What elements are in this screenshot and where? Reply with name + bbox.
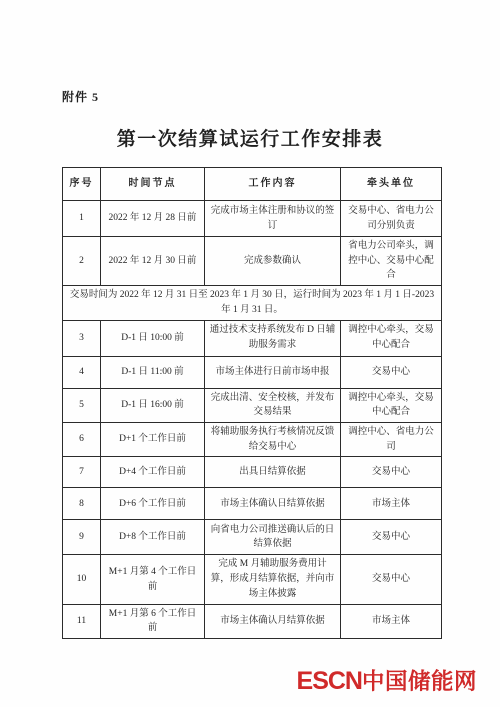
cell-lead: 省电力公司牵头，调控中心、交易中心配合	[341, 237, 442, 286]
cell-work: 完成市场主体注册和协议的签订	[205, 201, 341, 237]
table-row: 10 M+1 月第 4 个工作日前 完成 M 月辅助服务费用计算，形成月结算依据…	[63, 555, 442, 604]
cell-time: D+8 个工作日前	[101, 520, 205, 555]
cell-time: D-1 日 10:00 前	[101, 320, 205, 356]
cell-lead: 调控中心牵头，交易中心配合	[341, 388, 442, 422]
cell-time: M+1 月第 4 个工作日前	[101, 555, 205, 604]
cell-work: 通过技术支持系统发布 D 日辅助服务需求	[205, 320, 341, 356]
cell-time: D+6 个工作日前	[101, 488, 205, 520]
cell-work: 将辅助服务执行考核情况反馈给交易中心	[205, 423, 341, 457]
cell-no: 5	[63, 388, 101, 422]
cell-time: 2022 年 12 月 30 日前	[101, 237, 205, 286]
cell-time: D-1 日 11:00 前	[101, 356, 205, 388]
cell-no: 2	[63, 237, 101, 286]
merged-note: 交易时间为 2022 年 12 月 31 日至 2023 年 1 月 30 日，…	[63, 286, 442, 320]
attachment-label: 附件 5	[62, 88, 99, 105]
table-row: 1 2022 年 12 月 28 日前 完成市场主体注册和协议的签订 交易中心、…	[63, 201, 442, 237]
cell-lead: 市场主体	[341, 488, 442, 520]
table-row: 4 D-1 日 11:00 前 市场主体进行日前市场申报 交易中心	[63, 356, 442, 388]
table-row: 2 2022 年 12 月 30 日前 完成参数确认 省电力公司牵头，调控中心、…	[63, 237, 442, 286]
cell-no: 4	[63, 356, 101, 388]
work-schedule-table: 序号 时间节点 工作内容 牵头单位 1 2022 年 12 月 28 日前 完成…	[62, 167, 442, 639]
cell-no: 7	[63, 457, 101, 488]
cell-lead: 交易中心、省电力公司分别负责	[341, 201, 442, 237]
cell-lead: 调控中心、省电力公司	[341, 423, 442, 457]
cell-no: 9	[63, 520, 101, 555]
cell-no: 11	[63, 604, 101, 638]
table-row: 8 D+6 个工作日前 市场主体确认日结算依据 市场主体	[63, 488, 442, 520]
table-row: 3 D-1 日 10:00 前 通过技术支持系统发布 D 日辅助服务需求 调控中…	[63, 320, 442, 356]
cell-time: D+1 个工作日前	[101, 423, 205, 457]
escn-logo-text-cn: 中国储能网	[362, 664, 477, 696]
table-row: 7 D+4 个工作日前 出具日结算依据 交易中心	[63, 457, 442, 488]
cell-lead: 交易中心	[341, 356, 442, 388]
cell-work: 市场主体进行日前市场申报	[205, 356, 341, 388]
header-lead: 牵头单位	[341, 168, 442, 201]
cell-no: 6	[63, 423, 101, 457]
cell-work: 完成 M 月辅助服务费用计算，形成月结算依据，并向市场主体披露	[205, 555, 341, 604]
document-page: 附件 5 第一次结算试运行工作安排表 序号 时间节点 工作内容 牵头单位 1 2…	[0, 0, 500, 707]
escn-brand-logo: ESCN 中国储能网	[297, 664, 477, 696]
cell-time: M+1 月第 6 个工作日前	[101, 604, 205, 638]
cell-lead: 市场主体	[341, 604, 442, 638]
header-no: 序号	[63, 168, 101, 201]
table-merged-note-row: 交易时间为 2022 年 12 月 31 日至 2023 年 1 月 30 日，…	[63, 286, 442, 320]
header-time: 时间节点	[101, 168, 205, 201]
cell-time: D-1 日 16:00 前	[101, 388, 205, 422]
cell-lead: 交易中心	[341, 520, 442, 555]
cell-work: 市场主体确认月结算依据	[205, 604, 341, 638]
table-header-row: 序号 时间节点 工作内容 牵头单位	[63, 168, 442, 201]
cell-lead: 调控中心牵头，交易中心配合	[341, 320, 442, 356]
escn-logo-text-en: ESCN	[297, 667, 362, 696]
cell-time: D+4 个工作日前	[101, 457, 205, 488]
cell-work: 完成参数确认	[205, 237, 341, 286]
cell-work: 向省电力公司推送确认后的日结算依据	[205, 520, 341, 555]
cell-work: 完成出清、安全校核，并发布交易结果	[205, 388, 341, 422]
cell-work: 出具日结算依据	[205, 457, 341, 488]
header-work: 工作内容	[205, 168, 341, 201]
cell-time: 2022 年 12 月 28 日前	[101, 201, 205, 237]
cell-no: 8	[63, 488, 101, 520]
table-row: 11 M+1 月第 6 个工作日前 市场主体确认月结算依据 市场主体	[63, 604, 442, 638]
cell-no: 3	[63, 320, 101, 356]
page-title: 第一次结算试运行工作安排表	[0, 124, 500, 151]
cell-no: 1	[63, 201, 101, 237]
table-row: 5 D-1 日 16:00 前 完成出清、安全校核，并发布交易结果 调控中心牵头…	[63, 388, 442, 422]
cell-lead: 交易中心	[341, 457, 442, 488]
cell-no: 10	[63, 555, 101, 604]
table-row: 9 D+8 个工作日前 向省电力公司推送确认后的日结算依据 交易中心	[63, 520, 442, 555]
cell-work: 市场主体确认日结算依据	[205, 488, 341, 520]
cell-lead: 交易中心	[341, 555, 442, 604]
table-row: 6 D+1 个工作日前 将辅助服务执行考核情况反馈给交易中心 调控中心、省电力公…	[63, 423, 442, 457]
